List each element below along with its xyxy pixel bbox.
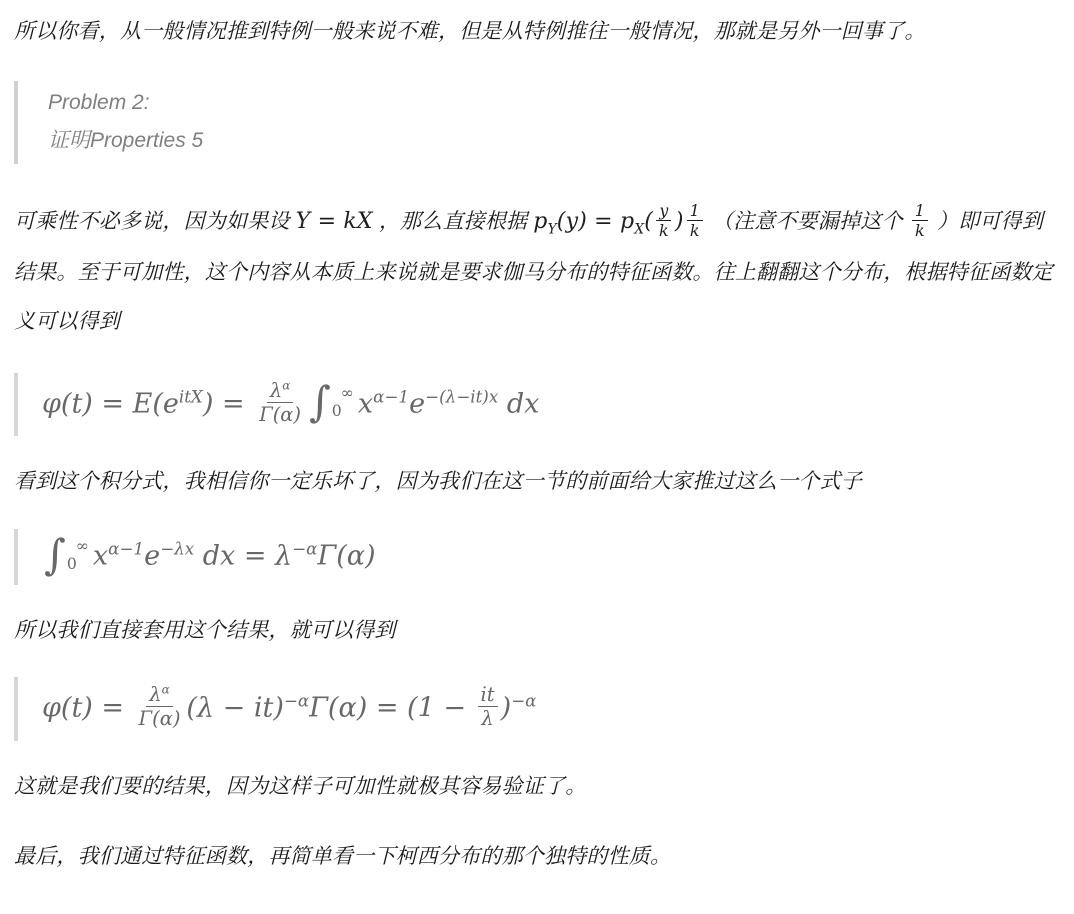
problem-quote: Problem 2: 证明Properties 5 (14, 81, 1060, 165)
inline-math: 1k (909, 209, 931, 234)
article-body: 所以你看，从一般情况推到特例一般来说不难，但是从特例推往一般情况，那就是另外一回… (14, 16, 1060, 874)
paragraph-final: 最后，我们通过特征函数，再简单看一下柯西分布的那个独特的性质。 (14, 841, 1060, 874)
problem-quote-line1: Problem 2: (48, 84, 1060, 123)
problem-quote-line2: 证明Properties 5 (48, 122, 1060, 161)
formula-characteristic-function-result: φ(t) = λαΓ(α)(λ − it)−αΓ(α) = (1 − itλ)−… (14, 677, 1060, 741)
formula-characteristic-function-definition: φ(t) = E(eitX) = λαΓ(α)∫∞0xα−1e−(λ−it)x … (14, 373, 1060, 437)
paragraph-conclusion: 这就是我们要的结果，因为这样子可加性就极其容易验证了。 (14, 771, 1060, 804)
paragraph-multiplicative-additive: 可乘性不必多说，因为如果设 Y = kX ，那么直接根据 pY(y) = pX(… (14, 196, 1060, 346)
paragraph-intro: 所以你看，从一般情况推到特例一般来说不难，但是从特例推往一般情况，那就是另外一回… (14, 16, 1060, 49)
inline-math: pY(y) = pX(yk)1k (533, 209, 706, 234)
inline-math: Y = kX (296, 209, 373, 234)
paragraph-after-integral: 看到这个积分式，我相信你一定乐坏了，因为我们在这一节的前面给大家推过这么一个式子 (14, 466, 1060, 499)
formula-gamma-integral-identity: ∫∞0xα−1e−λx dx = λ−αΓ(α) (14, 529, 1060, 585)
paragraph-apply-result: 所以我们直接套用这个结果，就可以得到 (14, 615, 1060, 648)
